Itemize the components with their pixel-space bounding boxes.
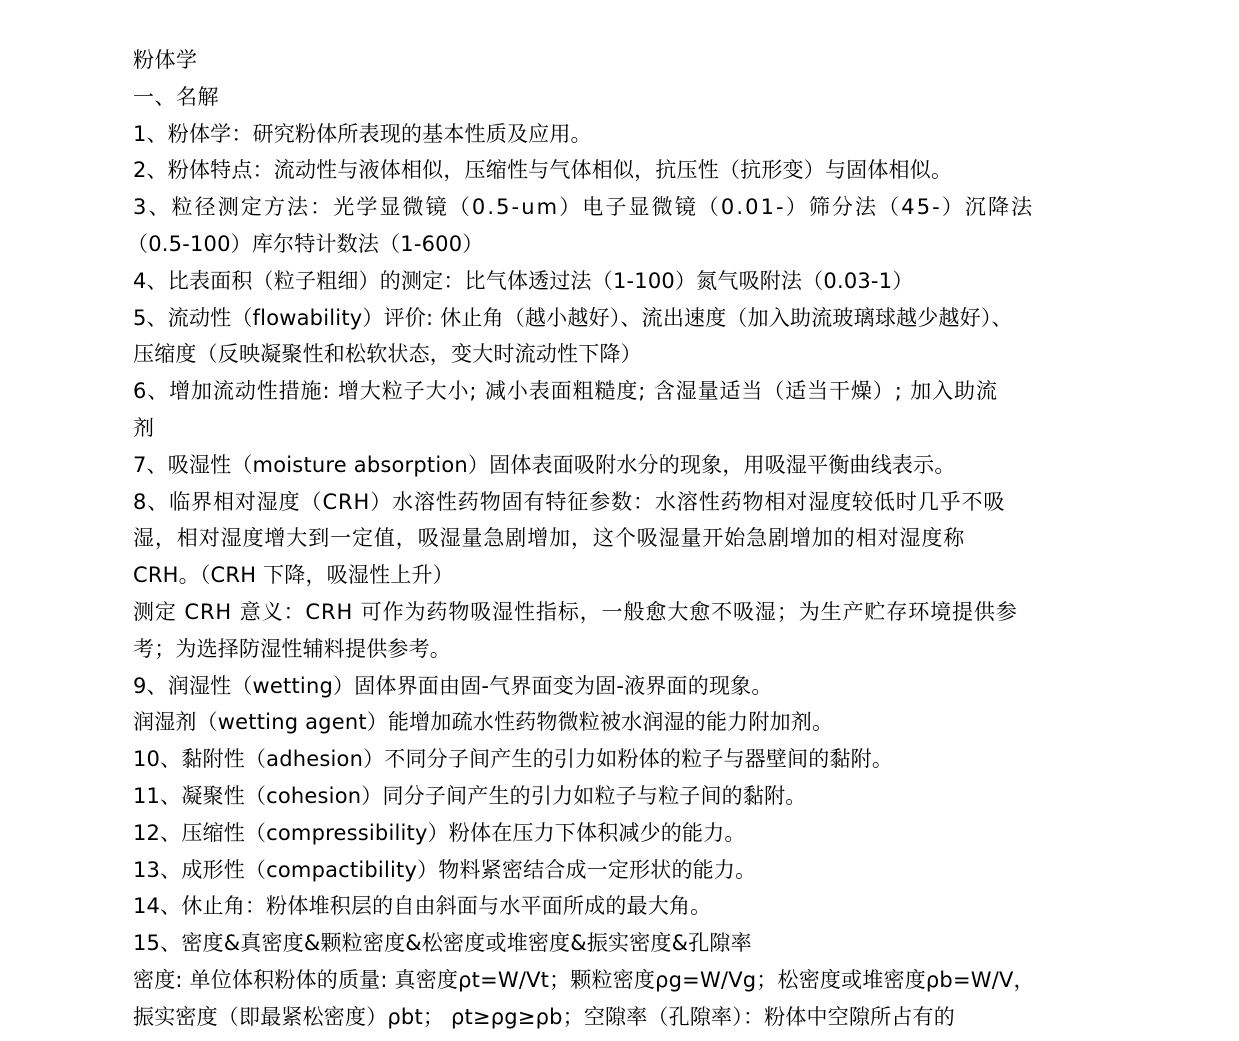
definition-3-continued: （0.5-100）库尔特计数法（1-600） [127, 226, 1123, 263]
definition-1: 1、粉体学：研究粉体所表现的基本性质及应用。 [133, 116, 1123, 153]
definition-6: 6、增加流动性措施: 增大粒子大小; 减小表面粗糙度; 含湿量适当（适当干燥）;… [133, 373, 1123, 410]
wetting-agent: 润湿剂（wetting agent）能增加疏水性药物微粒被水润湿的能力附加剂。 [133, 704, 1123, 741]
document-title: 粉体学 [133, 42, 1123, 79]
definition-8-continued: 湿，相对湿度增大到一定值，吸湿量急剧增加，这个吸湿量开始急剧增加的相对湿度称 [133, 520, 1123, 557]
section-heading: 一、名解 [133, 79, 1123, 116]
definition-2: 2、粉体特点：流动性与液体相似，压缩性与气体相似，抗压性（抗形变）与固体相似。 [133, 152, 1123, 189]
density-definitions: 密度: 单位体积粉体的质量: 真密度ρt=W/Vt；颗粒密度ρg=W/Vg；松密… [133, 962, 1123, 999]
definition-14: 14、休止角：粉体堆积层的自由斜面与水平面所成的最大角。 [133, 888, 1123, 925]
definition-12: 12、压缩性（compressibility）粉体在压力下体积减少的能力。 [133, 815, 1123, 852]
document-page: 粉体学 一、名解 1、粉体学：研究粉体所表现的基本性质及应用。 2、粉体特点：流… [133, 42, 1123, 1036]
definition-8: 8、临界相对湿度（CRH）水溶性药物固有特征参数：水溶性药物相对湿度较低时几乎不… [133, 484, 1123, 521]
definition-9: 9、润湿性（wetting）固体界面由固-气界面变为固-液界面的现象。 [133, 668, 1123, 705]
definition-4: 4、比表面积（粒子粗细）的测定：比气体透过法（1-100）氮气吸附法（0.03-… [133, 263, 1123, 300]
definition-5-continued: 压缩度（反映凝聚性和松软状态，变大时流动性下降） [133, 336, 1123, 373]
definition-8-continued-2: CRH。（CRH 下降，吸湿性上升） [133, 557, 1123, 594]
definition-15: 15、密度&真密度&颗粒密度&松密度或堆密度&振实密度&孔隙率 [133, 925, 1123, 962]
definition-7: 7、吸湿性（moisture absorption）固体表面吸附水分的现象，用吸… [133, 447, 1123, 484]
crh-significance-continued: 考；为选择防湿性辅料提供参考。 [133, 631, 1123, 668]
density-definitions-continued: 振实密度（即最紧松密度）ρbt； ρt≥ρg≥ρb；空隙率（孔隙率）：粉体中空隙… [133, 999, 1123, 1036]
definition-5: 5、流动性（flowability）评价: 休止角（越小越好）、流出速度（加入助… [133, 300, 1123, 337]
definition-13: 13、成形性（compactibility）物料紧密结合成一定形状的能力。 [133, 852, 1123, 889]
definition-11: 11、凝聚性（cohesion）同分子间产生的引力如粒子与粒子间的黏附。 [133, 778, 1123, 815]
definition-6-continued: 剂 [133, 410, 1123, 447]
crh-significance: 测定 CRH 意义：CRH 可作为药物吸湿性指标，一般愈大愈不吸湿；为生产贮存环… [133, 594, 1123, 631]
definition-10: 10、黏附性（adhesion）不同分子间产生的引力如粉体的粒子与器壁间的黏附。 [133, 741, 1123, 778]
definition-3: 3、粒径测定方法：光学显微镜（0.5-um）电子显微镜（0.01-）筛分法（45… [133, 189, 1123, 226]
